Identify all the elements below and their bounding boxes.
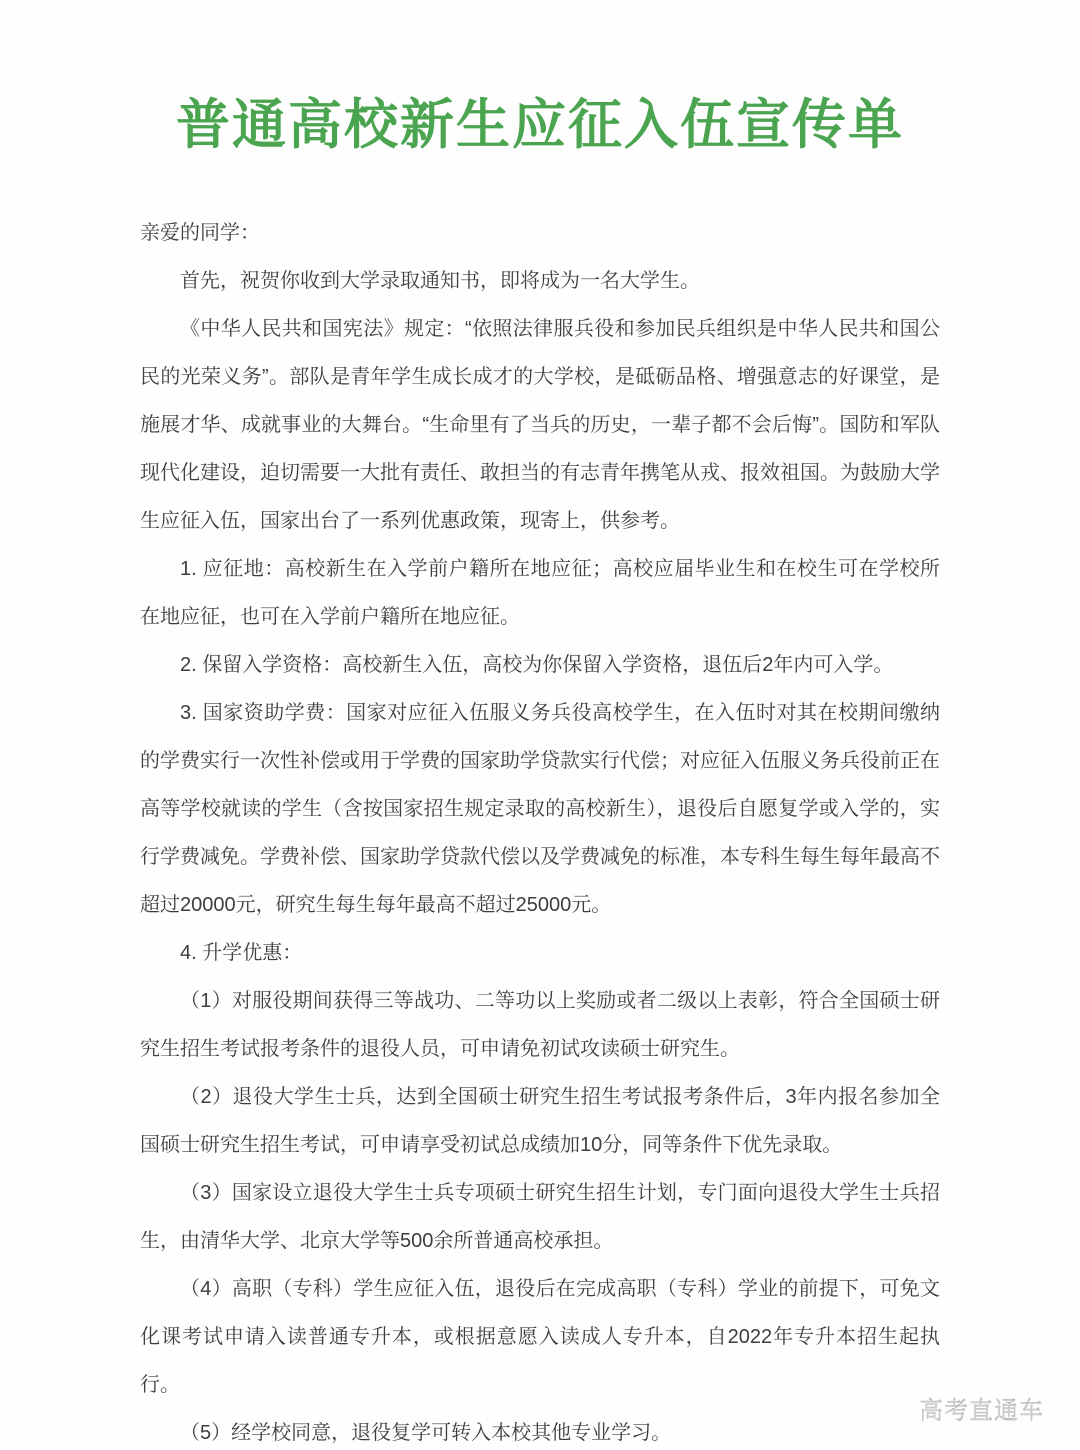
flyer-body: 亲爱的同学： 首先，祝贺你收到大学录取通知书，即将成为一名大学生。 《中华人民共… [140, 209, 940, 1450]
flyer-page: 普通高校新生应征入伍宣传单 亲爱的同学： 首先，祝贺你收到大学录取通知书，即将成… [0, 0, 1080, 1450]
policy-item-3-tuition-subsidy: 3. 国家资助学费：国家对应征入伍服义务兵役高校学生，在入伍时对其在校期间缴纳的… [140, 689, 940, 929]
policy-item-1-enlistment-location: 1. 应征地：高校新生在入学前户籍所在地应征；高校应届毕业生和在校生可在学校所在… [140, 545, 940, 641]
benefit-1-exam-exemption: （1）对服役期间获得三等战功、二等功以上奖励或者二级以上表彰，符合全国硕士研究生… [140, 977, 940, 1073]
gaokao-zhitongche-watermark: 高考直通车 [919, 1391, 1044, 1426]
benefit-3-special-graduate-program: （3）国家设立退役大学生士兵专项硕士研究生招生计划，专门面向退役大学生士兵招生，… [140, 1169, 940, 1265]
page-title: 普通高校新生应征入伍宣传单 [0, 0, 1080, 155]
policy-item-2-admission-reservation: 2. 保留入学资格：高校新生入伍，高校为你保留入学资格，退伍后2年内可入学。 [140, 641, 940, 689]
salutation: 亲爱的同学： [140, 209, 940, 257]
intro-greeting: 首先，祝贺你收到大学录取通知书，即将成为一名大学生。 [140, 257, 940, 305]
benefit-4-vocational-upgrade: （4）高职（专科）学生应征入伍，退役后在完成高职（专科）学业的前提下，可免文化课… [140, 1265, 940, 1409]
policy-item-4-education-benefits-heading: 4. 升学优惠： [140, 929, 940, 977]
benefit-5-major-transfer: （5）经学校同意，退役复学可转入本校其他专业学习。 [140, 1409, 940, 1450]
benefit-2-score-bonus: （2）退役大学生士兵，达到全国硕士研究生招生考试报考条件后，3年内报名参加全国硕… [140, 1073, 940, 1169]
intro-policy-background: 《中华人民共和国宪法》规定：“依照法律服兵役和参加民兵组织是中华人民共和国公民的… [140, 305, 940, 545]
